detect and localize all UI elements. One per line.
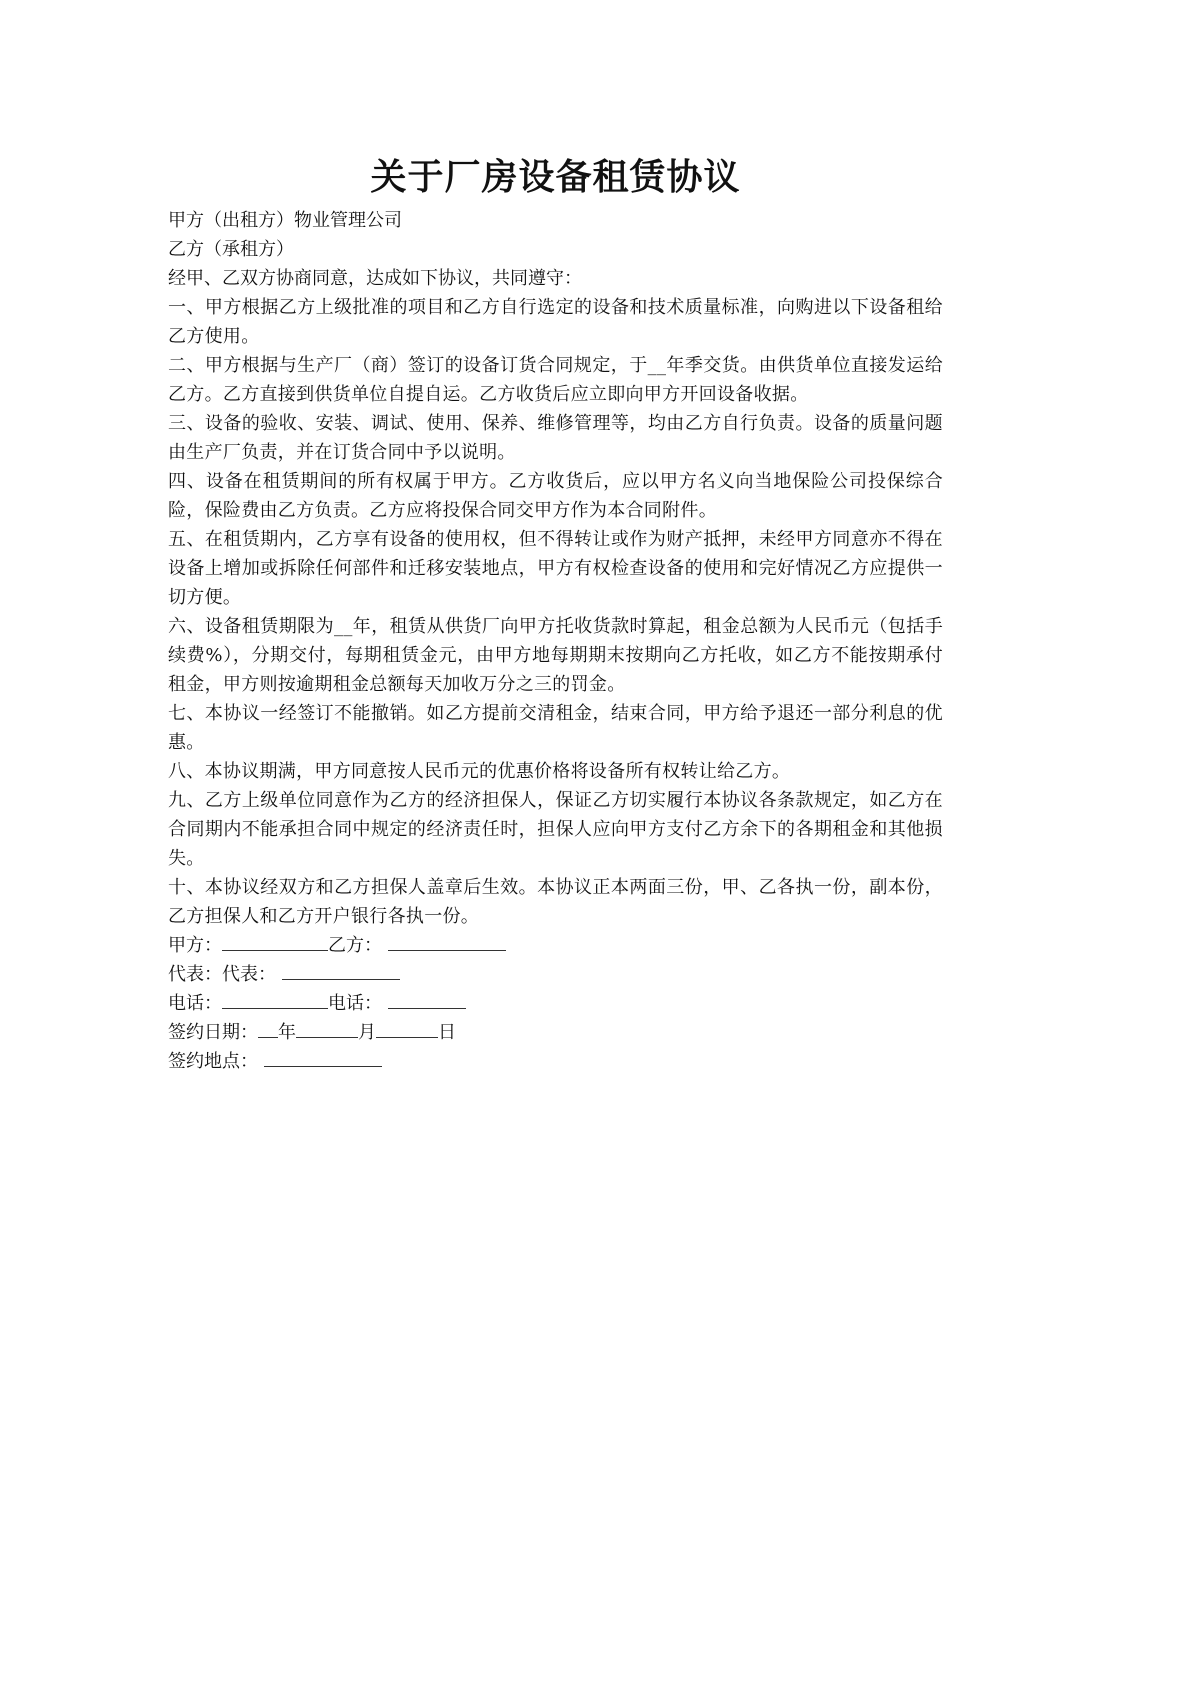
date-month: 月 <box>358 1022 376 1043</box>
clause-8: 八、本协议期满，甲方同意按人民币元的优惠价格将设备所有权转让给乙方。 <box>168 757 943 786</box>
signature-date-row: 签约日期：年月日 <box>168 1018 943 1047</box>
party-b-sign-label: 乙方： <box>328 935 382 956</box>
signature-place-row: 签约地点： <box>168 1047 943 1076</box>
signature-parties-row: 甲方：乙方： <box>168 931 943 960</box>
party-b-line: 乙方（承租方） <box>168 235 943 264</box>
clause-2: 二、甲方根据与生产厂（商）签订的设备订货合同规定，于__年季交货。由供货单位直接… <box>168 351 943 409</box>
clause-1: 一、甲方根据乙方上级批准的项目和乙方自行选定的设备和技术质量标准，向购进以下设备… <box>168 293 943 351</box>
signature-phone-row: 电话：电话： <box>168 989 943 1018</box>
party-b-sign-blank <box>388 949 506 951</box>
preamble: 经甲、乙双方协商同意，达成如下协议，共同遵守： <box>168 264 943 293</box>
clause-5: 五、在租赁期内，乙方享有设备的使用权，但不得转让或作为财产抵押，未经甲方同意亦不… <box>168 525 943 612</box>
date-year: 年 <box>278 1022 296 1043</box>
party-a-sign-label: 甲方： <box>168 935 222 956</box>
rep-label-b: 代表： <box>222 964 276 985</box>
date-label: 签约日期： <box>168 1022 258 1043</box>
month-blank <box>296 1036 358 1038</box>
phone-label-b: 电话： <box>328 993 382 1014</box>
clause-4: 四、设备在租赁期间的所有权属于甲方。乙方收货后，应以甲方名义向当地保险公司投保综… <box>168 467 943 525</box>
phone-b-blank <box>388 1007 466 1009</box>
phone-label-a: 电话： <box>168 993 222 1014</box>
year-blank <box>258 1036 278 1038</box>
rep-blank <box>282 978 400 980</box>
date-day: 日 <box>438 1022 456 1043</box>
document-title: 关于厂房设备租赁协议 <box>168 150 943 206</box>
party-a-sign-blank <box>222 949 328 951</box>
place-label: 签约地点： <box>168 1051 258 1072</box>
clause-9: 九、乙方上级单位同意作为乙方的经济担保人，保证乙方切实履行本协议各条款规定，如乙… <box>168 786 943 873</box>
rep-label-a: 代表： <box>168 964 222 985</box>
document-page: 关于厂房设备租赁协议 甲方（出租方）物业管理公司 乙方（承租方） 经甲、乙双方协… <box>168 150 943 1076</box>
place-blank <box>264 1065 382 1067</box>
clause-6: 六、设备租赁期限为__年，租赁从供货厂向甲方托收货款时算起，租金总额为人民币元（… <box>168 612 943 699</box>
clause-10: 十、本协议经双方和乙方担保人盖章后生效。本协议正本两面三份，甲、乙各执一份，副本… <box>168 873 943 931</box>
signature-rep-row: 代表：代表： <box>168 960 943 989</box>
party-a-line: 甲方（出租方）物业管理公司 <box>168 206 943 235</box>
phone-a-blank <box>222 1007 328 1009</box>
clause-3: 三、设备的验收、安装、调试、使用、保养、维修管理等，均由乙方自行负责。设备的质量… <box>168 409 943 467</box>
day-blank <box>376 1036 438 1038</box>
clause-7: 七、本协议一经签订不能撤销。如乙方提前交清租金，结束合同，甲方给予退还一部分利息… <box>168 699 943 757</box>
